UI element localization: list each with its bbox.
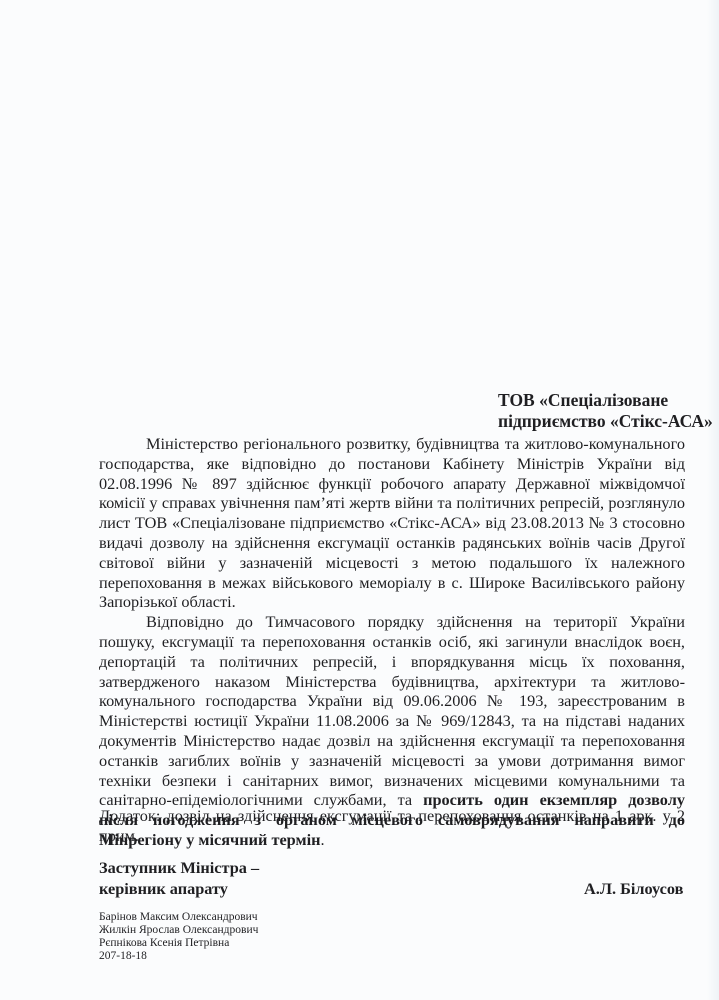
paragraph-2-text: Відповідно до Тимчасового порядку здійсн…: [99, 612, 685, 809]
executor-3: Рєпнікова Ксенія Петрівна: [99, 937, 258, 950]
attachment-note: Додаток: дозвіл на здійснення ексгумації…: [99, 806, 685, 846]
addressee-line-2: підприємство «Стікс-АСА»: [498, 411, 713, 432]
letter-body: Міністерство регіонального розвитку, буд…: [99, 434, 685, 850]
signer-name: А.Л. Білоусов: [584, 878, 683, 899]
page-edge: [707, 0, 719, 1000]
executor-phone: 207-18-18: [99, 950, 258, 963]
executor-1: Барінов Максим Олександрович: [99, 911, 258, 924]
executor-2: Жилкін Ярослав Олександрович: [99, 924, 258, 937]
signer-title: Заступник Міністра – керівник апарату: [99, 857, 259, 899]
addressee-line-1: ТОВ «Спеціалізоване: [498, 390, 713, 411]
addressee-block: ТОВ «Спеціалізоване підприємство «Стікс-…: [498, 390, 713, 432]
executors-list: Барінов Максим Олександрович Жилкін Ярос…: [99, 911, 258, 963]
signer-title-line-1: Заступник Міністра –: [99, 857, 259, 878]
paragraph-1: Міністерство регіонального розвитку, буд…: [99, 434, 685, 612]
signer-title-line-2: керівник апарату: [99, 878, 259, 899]
